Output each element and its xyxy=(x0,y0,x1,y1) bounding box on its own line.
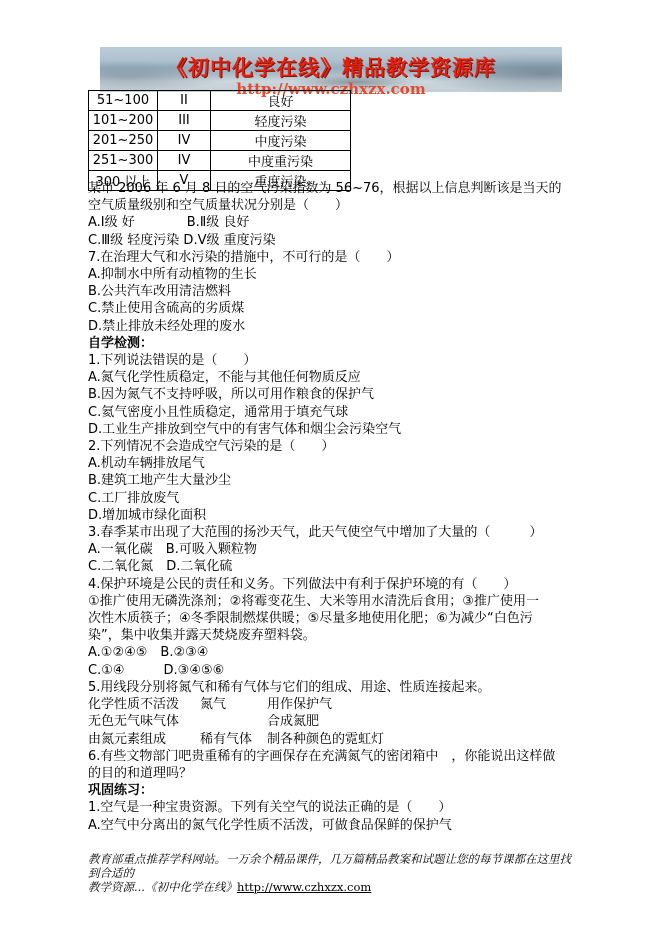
question-text-line: 2.下列情况不会造成空气污染的是（ ） xyxy=(88,438,580,455)
question-text-line: 5.用线段分别将氮气和稀有气体与它们的组成、用途、性质连接起来。 xyxy=(88,679,580,696)
aqi-range-cell: 201~250 xyxy=(89,131,158,151)
match-gas-label xyxy=(200,713,267,730)
worksheet-page: 《初中化学在线》精品教学资源库 http://www.czhxzx.com 51… xyxy=(0,0,661,935)
aqi-level-cell: II xyxy=(158,91,211,111)
answer-option-line: B.因为氮气不支持呼吸，所以可用作粮食的保护气 xyxy=(88,386,580,403)
footer-source-label: 教学资源...《初中化学在线》 xyxy=(88,880,237,894)
question-text-line: 次性木质筷子；④冬季限制燃煤供暖；⑤尽量多地使用化肥；⑥为减少“白色污 xyxy=(88,610,580,627)
match-property-label: 由氮元素组成 xyxy=(88,731,200,748)
question-text-line: 1.下列说法错误的是（ ） xyxy=(88,352,580,369)
question-text-line: 3.春季某市出现了大范围的扬沙天气，此天气使空气中增加了大量的（ ） xyxy=(88,524,580,541)
banner-title: 《初中化学在线》精品教学资源库 xyxy=(100,52,562,82)
question-text-line: 1.空气是一种宝贵资源。下列有关空气的说法正确的是（ ） xyxy=(88,799,580,816)
table-row: 201~250 IV 中度污染 xyxy=(89,131,351,151)
footer-source-line: 教学资源...《初中化学在线》http://www.czhxzx.com xyxy=(88,880,580,894)
question-text-line: 7.在治理大气和水污染的措施中，不可行的是（ ） xyxy=(88,249,580,266)
aqi-status-cell: 轻度污染 xyxy=(211,111,351,131)
aqi-range-cell: 51~100 xyxy=(89,91,158,111)
site-banner: 《初中化学在线》精品教学资源库 http://www.czhxzx.com xyxy=(100,47,562,92)
match-use-label: 用作保护气 xyxy=(267,696,580,713)
air-quality-table: 51~100 II 良好 101~200 III 轻度污染 201~250 IV… xyxy=(88,90,351,191)
table-row: 251~300 IV 中度重污染 xyxy=(89,151,351,171)
aqi-level-cell: IV xyxy=(158,151,211,171)
answer-option-line: D.禁止排放未经处理的废水 xyxy=(88,318,580,335)
aqi-status-cell: 良好 xyxy=(211,91,351,111)
match-gas-label: 氮气 xyxy=(200,696,267,713)
aqi-level-cell: III xyxy=(158,111,211,131)
answer-option-line: B.建筑工地产生大量沙尘 xyxy=(88,472,580,489)
page-footer: 教育部重点推荐学科网站。一万余个精品课件，几万篇精品教案和试题让您的每节课都在这… xyxy=(88,852,580,894)
aqi-range-cell: 251~300 xyxy=(89,151,158,171)
answer-option-line: A.Ⅰ级 好 B.Ⅱ级 良好 xyxy=(88,214,580,231)
question-text-line: 空气质量级别和空气质量状况分别是（ ） xyxy=(88,197,580,214)
matching-exercise-row: 由氮元素组成 稀有气体 制各种颜色的霓虹灯 xyxy=(88,731,580,748)
answer-option-line: C.氦气密度小且性质稳定，通常用于填充气球 xyxy=(88,404,580,421)
answer-option-line: A.抑制水中所有动植物的生长 xyxy=(88,266,580,283)
question-text-line: ①推广使用无磷洗涤剂；②将霉变花生、大米等用水清洗后食用；③推广使用一 xyxy=(88,593,580,610)
table-row: 101~200 III 轻度污染 xyxy=(89,111,351,131)
question-text-line: 某市 2006 年 6 月 8 日的空气污染指数为 56~76，根据以上信息判断… xyxy=(88,180,580,197)
aqi-range-cell: 101~200 xyxy=(89,111,158,131)
aqi-status-cell: 中度重污染 xyxy=(211,151,351,171)
match-property-label: 无色无气味气体 xyxy=(88,713,200,730)
question-text-line: 的目的和道理吗？ xyxy=(88,765,580,782)
matching-exercise-row: 化学性质不活泼 氮气 用作保护气 xyxy=(88,696,580,713)
answer-option-line: A.一氧化碳 B.可吸入颗粒物 xyxy=(88,541,580,558)
answer-option-line: D.工业生产排放到空气中的有害气体和烟尘会污染空气 xyxy=(88,421,580,438)
footer-promo-text: 教育部重点推荐学科网站。一万余个精品课件，几万篇精品教案和试题让您的每节课都在这… xyxy=(88,852,580,880)
answer-option-line: A.机动车辆排放尾气 xyxy=(88,455,580,472)
answer-option-line: A.空气中分离出的氮气化学性质不活泼，可做食品保鲜的保护气 xyxy=(88,817,580,834)
table-row: 51~100 II 良好 xyxy=(89,91,351,111)
worksheet-body: 某市 2006 年 6 月 8 日的空气污染指数为 56~76，根据以上信息判断… xyxy=(88,180,580,834)
aqi-level-cell: IV xyxy=(158,131,211,151)
answer-option-line: B.公共汽车改用清洁燃料 xyxy=(88,283,580,300)
match-gas-label: 稀有气体 xyxy=(200,731,267,748)
question-text-line: 4.保护环境是公民的责任和义务。下列做法中有利于保护环境的有（ ） xyxy=(88,576,580,593)
answer-option-line: C.禁止使用含硫高的劣质煤 xyxy=(88,300,580,317)
question-text-line: 染”，集中收集并露天焚烧废弃塑料袋。 xyxy=(88,627,580,644)
answer-option-line: C.工厂排放废气 xyxy=(88,490,580,507)
answer-option-line: D.增加城市绿化面积 xyxy=(88,507,580,524)
match-use-label: 合成氮肥 xyxy=(267,713,580,730)
aqi-status-cell: 中度污染 xyxy=(211,131,351,151)
answer-option-line: C.①④ D.③④⑤⑥ xyxy=(88,662,580,679)
answer-option-line: C.二氧化氮 D.二氧化硫 xyxy=(88,558,580,575)
question-text-line: 6.有些文物部门吧贵重稀有的字画保存在充满氮气的密闭箱中 ，你能说出这样做 xyxy=(88,748,580,765)
answer-option-line: A.①②④⑤ B.②③④ xyxy=(88,644,580,661)
section-heading-self-test: 自学检测： xyxy=(88,335,580,352)
match-property-label: 化学性质不活泼 xyxy=(88,696,200,713)
matching-exercise-row: 无色无气味气体 合成氮肥 xyxy=(88,713,580,730)
section-heading-consolidate: 巩固练习： xyxy=(88,782,580,799)
answer-option-line: A.氮气化学性质稳定，不能与其他任何物质反应 xyxy=(88,369,580,386)
match-use-label: 制各种颜色的霓虹灯 xyxy=(267,731,580,748)
answer-option-line: C.Ⅲ级 轻度污染 D.Ⅴ级 重度污染 xyxy=(88,232,580,249)
footer-url-link[interactable]: http://www.czhxzx.com xyxy=(237,880,371,894)
